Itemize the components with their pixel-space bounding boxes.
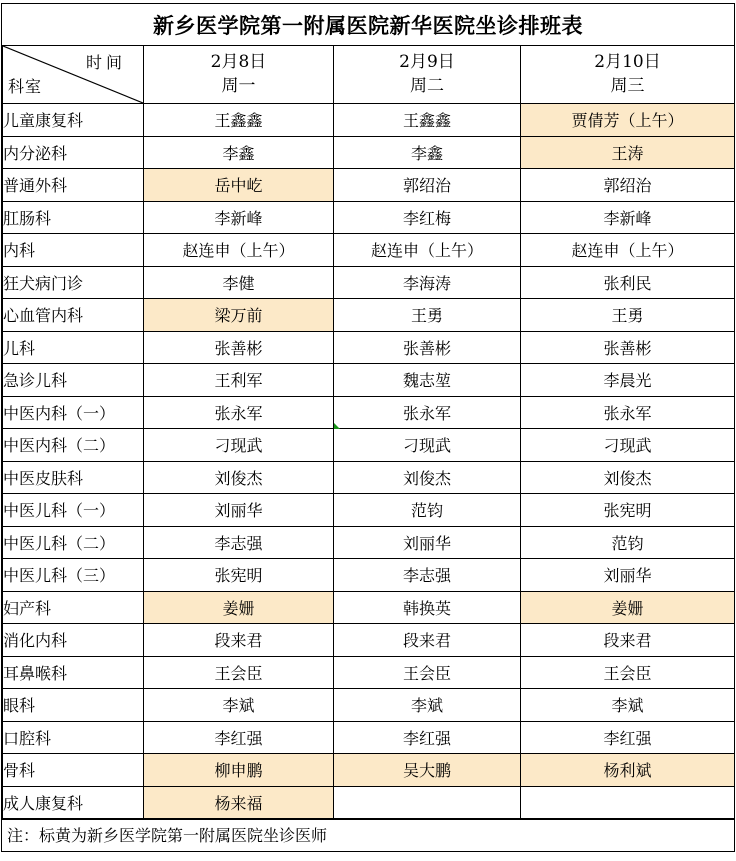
doctor-cell: 张善彬 — [334, 331, 521, 364]
date-label: 2月9日 — [334, 50, 520, 76]
doctor-cell: 姜姗 — [521, 591, 735, 624]
doctor-name: 李红强 — [214, 729, 262, 748]
footnote: 注：标黄为新乡医学院第一附属医院坐诊医师 — [2, 819, 734, 851]
department-cell: 耳鼻喉科 — [3, 656, 144, 689]
doctor-cell: 张善彬 — [144, 331, 334, 364]
schedule-body: 儿童康复科王鑫鑫王鑫鑫贾倩芳（上午）内分泌科李鑫李鑫王涛普通外科岳中屹郭绍治郭绍… — [3, 104, 735, 819]
doctor-cell: 范钧 — [334, 494, 521, 527]
doctor-cell: 刘俊杰 — [334, 461, 521, 494]
doctor-cell: 李新峰 — [521, 201, 735, 234]
doctor-name: 刘丽华 — [603, 566, 651, 585]
doctor-cell: 李鑫 — [334, 136, 521, 169]
doctor-name: 赵连申（上午） — [371, 241, 483, 260]
department-cell: 中医内科（二） — [3, 429, 144, 462]
table-row: 耳鼻喉科王会臣王会臣王会臣 — [3, 656, 735, 689]
doctor-name: 段来君 — [403, 631, 451, 650]
doctor-name: 郭绍治 — [603, 176, 651, 195]
doctor-name: 李新峰 — [603, 209, 651, 228]
column-header-day2: 2月9日 周二 — [334, 46, 521, 104]
table-row: 普通外科岳中屹郭绍治郭绍治 — [3, 169, 735, 202]
doctor-name: 吴大鹏 — [403, 761, 451, 780]
doctor-cell: 王鑫鑫 — [144, 104, 334, 137]
table-row: 中医儿科（三）张宪明李志强刘丽华 — [3, 559, 735, 592]
doctor-cell: 赵连申（上午） — [144, 234, 334, 267]
table-row: 眼科李斌李斌李斌 — [3, 689, 735, 722]
doctor-cell: 韩换英 — [334, 591, 521, 624]
doctor-name: 李鑫 — [222, 144, 254, 163]
doctor-cell: 王涛 — [521, 136, 735, 169]
doctor-cell: 李新峰 — [144, 201, 334, 234]
doctor-cell: 贾倩芳（上午） — [521, 104, 735, 137]
department-cell: 眼科 — [3, 689, 144, 722]
doctor-name: 李晨光 — [603, 371, 651, 390]
doctor-name: 赵连申（上午） — [182, 241, 294, 260]
doctor-name: 刁现武 — [214, 436, 262, 455]
doctor-name: 韩换英 — [403, 599, 451, 618]
doctor-name: 姜姗 — [611, 599, 643, 618]
doctor-name: 刘丽华 — [403, 534, 451, 553]
doctor-cell: 杨来福 — [144, 786, 334, 819]
table-row: 中医内科（一）张永军张永军张永军 — [3, 396, 735, 429]
doctor-cell: 赵连申（上午） — [521, 234, 735, 267]
doctor-name: 李斌 — [222, 696, 254, 715]
doctor-cell: 段来君 — [334, 624, 521, 657]
department-cell: 儿科 — [3, 331, 144, 364]
doctor-cell: 王利军 — [144, 364, 334, 397]
doctor-name: 张利民 — [603, 274, 651, 293]
table-row: 内分泌科李鑫李鑫王涛 — [3, 136, 735, 169]
doctor-name: 贾倩芳（上午） — [571, 111, 683, 130]
table-row: 儿童康复科王鑫鑫王鑫鑫贾倩芳（上午） — [3, 104, 735, 137]
table-row: 消化内科段来君段来君段来君 — [3, 624, 735, 657]
doctor-cell: 刁现武 — [334, 429, 521, 462]
doctor-name: 李红梅 — [403, 209, 451, 228]
table-row: 骨科柳申鹏吴大鹏杨利斌 — [3, 754, 735, 787]
doctor-cell: 段来君 — [144, 624, 334, 657]
doctor-name: 刘俊杰 — [403, 469, 451, 488]
department-cell: 儿童康复科 — [3, 104, 144, 137]
table-row: 儿科张善彬张善彬张善彬 — [3, 331, 735, 364]
doctor-cell: 王会臣 — [144, 656, 334, 689]
doctor-name: 杨利斌 — [603, 761, 651, 780]
department-cell: 内分泌科 — [3, 136, 144, 169]
doctor-name: 李志强 — [214, 534, 262, 553]
date-label: 2月10日 — [521, 50, 734, 76]
doctor-name: 姜姗 — [222, 599, 254, 618]
doctor-name: 柳申鹏 — [214, 761, 262, 780]
column-header-day1: 2月8日 周一 — [144, 46, 334, 104]
doctor-cell: 王会臣 — [521, 656, 735, 689]
corner-label-dept: 科室 — [8, 74, 42, 97]
doctor-name: 王鑫鑫 — [214, 111, 262, 130]
department-cell: 中医儿科（二） — [3, 526, 144, 559]
table-row: 心血管内科梁万前王勇王勇 — [3, 299, 735, 332]
department-cell: 肛肠科 — [3, 201, 144, 234]
doctor-cell: 李海涛 — [334, 266, 521, 299]
table-row: 成人康复科杨来福 — [3, 786, 735, 819]
doctor-name: 张善彬 — [403, 339, 451, 358]
doctor-cell: 张永军 — [334, 396, 521, 429]
doctor-name: 李志强 — [403, 566, 451, 585]
doctor-cell — [334, 786, 521, 819]
doctor-cell: 张宪明 — [144, 559, 334, 592]
doctor-name: 王利军 — [214, 371, 262, 390]
doctor-cell: 李晨光 — [521, 364, 735, 397]
doctor-name: 李新峰 — [214, 209, 262, 228]
table-row: 肛肠科李新峰李红梅李新峰 — [3, 201, 735, 234]
doctor-name: 王会臣 — [214, 664, 262, 683]
doctor-cell: 张永军 — [144, 396, 334, 429]
doctor-name: 范钧 — [411, 501, 443, 520]
table-row: 妇产科姜姗韩换英姜姗 — [3, 591, 735, 624]
department-cell: 骨科 — [3, 754, 144, 787]
doctor-name: 李海涛 — [403, 274, 451, 293]
date-label: 2月8日 — [144, 50, 333, 76]
weekday-label: 周二 — [334, 75, 520, 99]
doctor-name: 李健 — [222, 274, 254, 293]
doctor-cell: 李健 — [144, 266, 334, 299]
doctor-cell: 刁现武 — [521, 429, 735, 462]
schedule-table: 时间 科室 2月8日 周一 2月9日 周二 2月10日 周三 儿童康复科王鑫鑫王… — [2, 45, 735, 819]
doctor-cell: 刘俊杰 — [144, 461, 334, 494]
doctor-name: 段来君 — [603, 631, 651, 650]
department-cell: 中医儿科（三） — [3, 559, 144, 592]
doctor-cell: 李红梅 — [334, 201, 521, 234]
doctor-cell: 李红强 — [334, 721, 521, 754]
table-row: 中医儿科（一）刘丽华范钧张宪明 — [3, 494, 735, 527]
doctor-name: 魏志堃 — [403, 371, 451, 390]
doctor-name: 王会臣 — [603, 664, 651, 683]
doctor-name: 王勇 — [611, 306, 643, 325]
department-cell: 急诊儿科 — [3, 364, 144, 397]
doctor-cell: 刘丽华 — [144, 494, 334, 527]
doctor-cell: 张利民 — [521, 266, 735, 299]
doctor-name: 梁万前 — [214, 306, 262, 325]
corner-label-time: 时间 — [86, 50, 126, 73]
doctor-name: 郭绍治 — [403, 176, 451, 195]
doctor-cell: 李红强 — [144, 721, 334, 754]
doctor-cell: 李志强 — [334, 559, 521, 592]
doctor-cell: 郭绍治 — [521, 169, 735, 202]
table-row: 中医内科（二）刁现武刁现武刁现武 — [3, 429, 735, 462]
doctor-name: 刁现武 — [603, 436, 651, 455]
corner-cell: 时间 科室 — [3, 46, 144, 104]
doctor-cell: 杨利斌 — [521, 754, 735, 787]
doctor-cell: 郭绍治 — [334, 169, 521, 202]
doctor-name: 杨来福 — [214, 794, 262, 813]
doctor-cell: 范钧 — [521, 526, 735, 559]
column-header-day3: 2月10日 周三 — [521, 46, 735, 104]
doctor-name: 刁现武 — [403, 436, 451, 455]
doctor-cell: 赵连申（上午） — [334, 234, 521, 267]
doctor-name: 岳中屹 — [214, 176, 262, 195]
doctor-cell: 刘丽华 — [521, 559, 735, 592]
doctor-cell — [521, 786, 735, 819]
doctor-name: 张宪明 — [603, 501, 651, 520]
weekday-label: 周三 — [521, 75, 734, 99]
table-row: 口腔科李红强李红强李红强 — [3, 721, 735, 754]
doctor-name: 王会臣 — [403, 664, 451, 683]
doctor-name: 王涛 — [611, 144, 643, 163]
doctor-name: 刘俊杰 — [214, 469, 262, 488]
doctor-name: 李红强 — [603, 729, 651, 748]
doctor-cell: 张善彬 — [521, 331, 735, 364]
doctor-cell: 张永军 — [521, 396, 735, 429]
doctor-cell: 张宪明 — [521, 494, 735, 527]
doctor-cell: 李斌 — [144, 689, 334, 722]
page-title: 新乡医学院第一附属医院新华医院坐诊排班表 — [2, 4, 734, 45]
doctor-cell: 王鑫鑫 — [334, 104, 521, 137]
doctor-cell: 段来君 — [521, 624, 735, 657]
header-row: 时间 科室 2月8日 周一 2月9日 周二 2月10日 周三 — [3, 46, 735, 104]
department-cell: 消化内科 — [3, 624, 144, 657]
table-row: 狂犬病门诊李健李海涛张利民 — [3, 266, 735, 299]
table-row: 急诊儿科王利军魏志堃李晨光 — [3, 364, 735, 397]
department-cell: 妇产科 — [3, 591, 144, 624]
department-cell: 狂犬病门诊 — [3, 266, 144, 299]
department-cell: 成人康复科 — [3, 786, 144, 819]
doctor-name: 刘丽华 — [214, 501, 262, 520]
doctor-cell: 柳申鹏 — [144, 754, 334, 787]
doctor-cell: 魏志堃 — [334, 364, 521, 397]
doctor-name: 张永军 — [214, 404, 262, 423]
doctor-cell: 刘丽华 — [334, 526, 521, 559]
doctor-name: 赵连申（上午） — [571, 241, 683, 260]
doctor-name: 范钧 — [611, 534, 643, 553]
department-cell: 内科 — [3, 234, 144, 267]
doctor-cell: 王勇 — [334, 299, 521, 332]
department-cell: 中医皮肤科 — [3, 461, 144, 494]
doctor-name: 李斌 — [411, 696, 443, 715]
doctor-name: 张善彬 — [603, 339, 651, 358]
doctor-cell: 刘俊杰 — [521, 461, 735, 494]
doctor-cell: 李斌 — [334, 689, 521, 722]
doctor-cell: 王勇 — [521, 299, 735, 332]
doctor-name: 李红强 — [403, 729, 451, 748]
doctor-name: 段来君 — [214, 631, 262, 650]
department-cell: 心血管内科 — [3, 299, 144, 332]
doctor-name: 张永军 — [403, 404, 451, 423]
doctor-cell: 李红强 — [521, 721, 735, 754]
doctor-cell: 王会臣 — [334, 656, 521, 689]
weekday-label: 周一 — [144, 75, 333, 99]
doctor-cell: 吴大鹏 — [334, 754, 521, 787]
doctor-name: 张善彬 — [214, 339, 262, 358]
doctor-cell: 李鑫 — [144, 136, 334, 169]
doctor-name: 刘俊杰 — [603, 469, 651, 488]
department-cell: 口腔科 — [3, 721, 144, 754]
table-row: 中医皮肤科刘俊杰刘俊杰刘俊杰 — [3, 461, 735, 494]
doctor-name: 张永军 — [603, 404, 651, 423]
schedule-sheet: 新乡医学院第一附属医院新华医院坐诊排班表 时间 科室 2月8日 周一 — [1, 3, 735, 852]
doctor-name: 王勇 — [411, 306, 443, 325]
doctor-cell: 李志强 — [144, 526, 334, 559]
doctor-cell: 姜姗 — [144, 591, 334, 624]
doctor-name: 李斌 — [611, 696, 643, 715]
doctor-cell: 刁现武 — [144, 429, 334, 462]
doctor-name: 王鑫鑫 — [403, 111, 451, 130]
table-row: 内科赵连申（上午）赵连申（上午）赵连申（上午） — [3, 234, 735, 267]
department-cell: 中医儿科（一） — [3, 494, 144, 527]
doctor-cell: 岳中屹 — [144, 169, 334, 202]
doctor-name: 张宪明 — [214, 566, 262, 585]
department-cell: 中医内科（一） — [3, 396, 144, 429]
doctor-cell: 李斌 — [521, 689, 735, 722]
green-triangle-marker — [334, 423, 340, 429]
doctor-cell: 梁万前 — [144, 299, 334, 332]
doctor-name: 李鑫 — [411, 144, 443, 163]
department-cell: 普通外科 — [3, 169, 144, 202]
table-row: 中医儿科（二）李志强刘丽华范钧 — [3, 526, 735, 559]
